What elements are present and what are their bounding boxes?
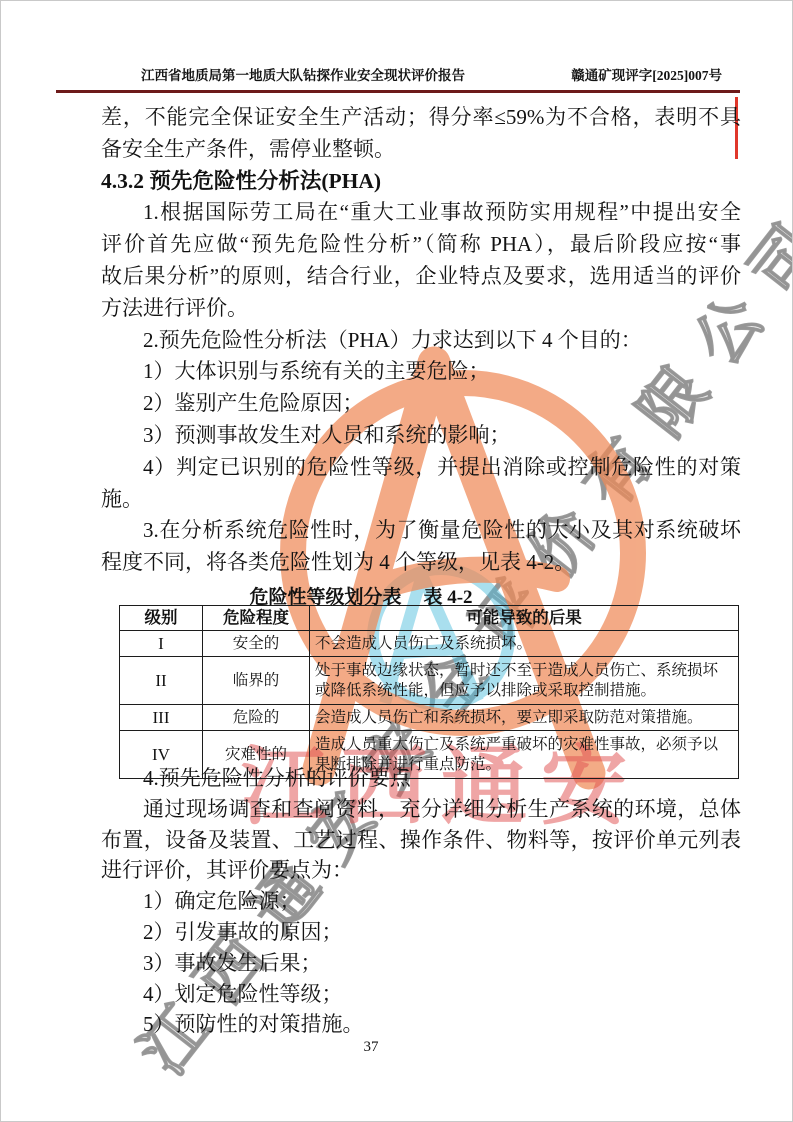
hazard-grade-table: 级别 危险程度 可能导致的后果 I 安全的 不会造成人员伤亡及系统损坏。 II …: [119, 605, 739, 779]
document-page: 江西通安安全评价有限公司 江西通安 江西省地质局第一地质大队钻探作业安全现状评价…: [0, 0, 793, 1122]
body-section-2: 4.预先危险性分析的评价要点通过现场调查和查阅资料，充分详细分析生产系统的环境，…: [101, 763, 741, 1040]
text-line: 3.在分析系统危险性时，为了衡量危险性的大小及其对系统破坏: [101, 515, 741, 547]
text-line: 评价首先应做“预先危险性分析”（简称 PHA），最后阶段应按“事: [101, 229, 741, 261]
header-report-title: 江西省地质局第一地质大队钻探作业安全现状评价报告: [141, 64, 465, 84]
text-line: 2）鉴别产生危险原因；: [101, 388, 741, 420]
cell-consequence: 不会造成人员伤亡及系统损坏。: [310, 631, 739, 657]
table-row: I 安全的 不会造成人员伤亡及系统损坏。: [120, 631, 739, 657]
text-line: 通过现场调查和查阅资料，充分详细分析生产系统的环境，总体: [101, 794, 741, 825]
page-number: 37: [1, 1039, 741, 1056]
page-header: 江西省地质局第一地质大队钻探作业安全现状评价报告 赣通矿现评字[2025]007…: [141, 64, 722, 84]
text-line: 差，不能完全保证安全生产活动；得分率≤59%为不合格，表明不具: [101, 102, 741, 134]
text-line: 1.根据国际劳工局在“重大工业事故预防实用规程”中提出安全: [101, 197, 741, 229]
text-line: 方法进行评价。: [101, 293, 741, 325]
text-line: 5）预防性的对策措施。: [101, 1009, 741, 1040]
table-row: II 临界的 处于事故边缘状态，暂时还不至于造成人员伤亡、系统损坏或降低系统性能…: [120, 657, 739, 705]
page-content: 江西省地质局第一地质大队钻探作业安全现状评价报告 赣通矿现评字[2025]007…: [1, 1, 792, 1121]
text-line: 4.3.2 预先危险性分析法(PHA): [101, 166, 741, 198]
text-line: 4）判定已识别的危险性等级，并提出消除或控制危险性的对策措: [101, 452, 741, 484]
table-header-row: 级别 危险程度 可能导致的后果: [120, 606, 739, 631]
header-rule: [56, 90, 740, 93]
cell-degree: 临界的: [203, 657, 310, 705]
cell-level: I: [120, 631, 203, 657]
cell-consequence: 处于事故边缘状态，暂时还不至于造成人员伤亡、系统损坏或降低系统性能，但应予以排除…: [310, 657, 739, 705]
cell-degree: 安全的: [203, 631, 310, 657]
text-line: 备安全生产条件，需停业整顿。: [101, 134, 741, 166]
col-header-consequence: 可能导致的后果: [310, 606, 739, 631]
body-section-1: 差，不能完全保证安全生产活动；得分率≤59%为不合格，表明不具备安全生产条件，需…: [101, 102, 741, 579]
text-line: 2.预先危险性分析法（PHA）力求达到以下 4 个目的：: [101, 325, 741, 357]
col-header-level: 级别: [120, 606, 203, 631]
cell-consequence: 会造成人员伤亡和系统损坏，要立即采取防范对策措施。: [310, 705, 739, 731]
text-line: 2）引发事故的原因；: [101, 917, 741, 948]
text-line: 程度不同，将各类危险性划为 4 个等级，见表 4-2。: [101, 547, 741, 579]
text-line: 布置，设备及装置、工艺过程、操作条件、物料等，按评价单元列表: [101, 825, 741, 856]
cell-level: II: [120, 657, 203, 705]
text-line: 施。: [101, 484, 741, 516]
text-line: 3）预测事故发生对人员和系统的影响；: [101, 420, 741, 452]
text-line: 3）事故发生后果；: [101, 948, 741, 979]
text-line: 1）大体识别与系统有关的主要危险；: [101, 356, 741, 388]
header-doc-number: 赣通矿现评字[2025]007号: [571, 64, 722, 84]
table-row: III 危险的 会造成人员伤亡和系统损坏，要立即采取防范对策措施。: [120, 705, 739, 731]
cell-level: III: [120, 705, 203, 731]
text-line: 1）确定危险源；: [101, 886, 741, 917]
col-header-degree: 危险程度: [203, 606, 310, 631]
text-line: 4.预先危险性分析的评价要点: [101, 763, 741, 794]
text-line: 故后果分析”的原则，结合行业，企业特点及要求，选用适当的评价: [101, 261, 741, 293]
text-line: 进行评价，其评价要点为：: [101, 855, 741, 886]
text-line: 4）划定危险性等级；: [101, 979, 741, 1010]
cell-degree: 危险的: [203, 705, 310, 731]
